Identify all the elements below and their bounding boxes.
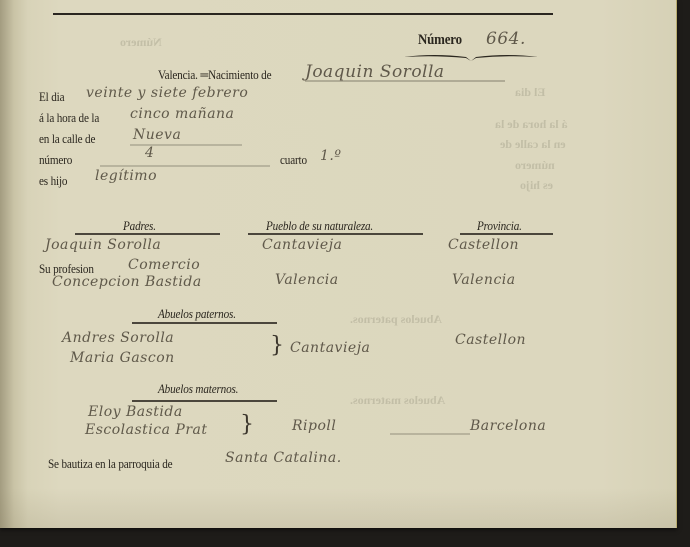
maternos-brace: } [240,412,254,437]
pueblo-rule [248,233,423,235]
col-provincia: Provincia. [477,218,522,234]
maternos-rule [132,400,277,402]
bleed-through-calle: en la calle de [500,137,566,152]
city-label: Valencia. ═Nacimiento de [158,67,271,83]
profesion-value: Comercio [128,257,200,273]
numero-label: Número [418,32,462,49]
col-padres: Padres. [123,218,156,234]
numero-line [100,165,270,167]
padres-rule [75,233,220,235]
dia-value: veinte y siete febrero [86,85,248,101]
bleed-through-dia: El dia [515,85,545,100]
paternal-provincia: Castellon [455,332,526,348]
paternos-brace: } [270,333,284,358]
cuarto-label: cuarto [280,152,307,168]
paternal-grandfather: Andres Sorolla [62,330,174,346]
bleed-through-numero: Número [120,35,162,50]
numero-value: 664. [486,29,526,49]
bautizo-label: Se bautiza en la parroquia de [48,456,172,472]
bleed-through-paternos: Abuelos paternos. [350,312,442,327]
hijo-label: es hijo [39,173,67,189]
maternal-pueblo: Ripoll [292,418,336,434]
provincia-rule [460,233,553,235]
maternal-grandfather: Eloy Bastida [88,404,183,420]
mother-provincia: Valencia [452,272,516,288]
paternal-pueblo: Cantavieja [290,340,370,356]
calle-label: en la calle de [39,131,95,147]
mother-pueblo: Valencia [275,272,339,288]
numero-field-value: 4 [145,145,154,161]
maternos-dash [390,433,470,435]
col-pueblo: Pueblo de su naturaleza. [266,218,373,234]
maternal-grandmother: Escolastica Prat [85,422,208,438]
mother-name: Concepcion Bastida [52,274,202,290]
bautizo-value: Santa Catalina. [225,450,342,466]
cuarto-value: 1.º [320,148,341,164]
top-rule [53,13,553,15]
hijo-value: legítimo [95,168,157,184]
maternal-provincia: Barcelona [470,418,546,434]
child-name: Joaquin Sorolla [305,62,445,82]
paternal-grandmother: Maria Gascon [70,350,175,366]
father-provincia: Castellon [448,237,519,253]
father-name: Joaquin Sorolla [45,237,161,253]
hora-label: á la hora de la [39,110,99,126]
bleed-through-hora: á la hora de la [495,117,568,132]
name-line [305,80,505,82]
father-pueblo: Cantavieja [262,237,342,253]
calle-value: Nueva [133,127,181,143]
hora-value: cinco mañana [130,106,234,122]
paternos-rule [132,322,277,324]
bleed-through-hijo: es hijo [520,178,553,193]
dia-label: El dia [39,89,64,105]
flourish-ornament [404,52,538,62]
record-page: Número El dia á la hora de la en la call… [0,0,677,528]
numero-field-label: número [39,152,72,168]
bleed-through-maternos: Abuelos maternos. [350,393,445,408]
paternos-heading: Abuelos paternos. [158,306,236,322]
bleed-through-numero2: número [515,158,555,173]
maternos-heading: Abuelos maternos. [158,381,238,397]
